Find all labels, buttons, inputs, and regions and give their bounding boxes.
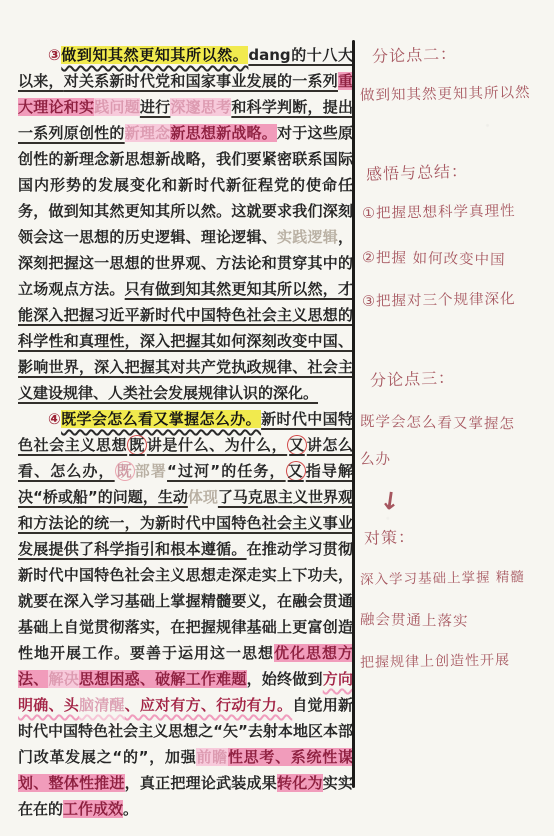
text-segment-pf: 新理念: [125, 124, 171, 142]
down-arrow-annotation: ↓: [378, 486, 403, 517]
text-segment-y: 做到知其然更知其所以然。: [61, 46, 248, 64]
text-segment-u: 只有做到知其然更知其所以然，才能深入把握习近平新时代中国特色社会主义思想的科学性…: [18, 280, 353, 402]
margin-note: 么办: [360, 448, 391, 469]
text-segment-rf: 脑清醒: [79, 696, 125, 714]
text-segment-f: 实践逻辑: [277, 228, 338, 246]
scanned-notes-page: { "page": { "kind": "study-notes-scan", …: [0, 0, 554, 836]
text-segment-p: 新思想新战略。: [170, 124, 277, 142]
margin-note: 对策：: [364, 524, 416, 549]
text-segment-p: 转化为: [277, 774, 323, 792]
margin-notes-column: 分论点二：做到知其然更知其所以然感悟与总结：①把握思想科学真理性②把握 如何改变…: [358, 0, 554, 836]
text-segment-c: 既: [127, 435, 147, 455]
text-segment-n: ，始终做到: [247, 670, 323, 688]
text-segment-cf: 既: [115, 461, 135, 481]
text-segment-u: 讲是什么、为什么，: [147, 436, 287, 454]
margin-divider-line: [352, 40, 355, 788]
text-segment-num: ③: [48, 46, 61, 64]
text-segment-p: 思想困惑、破解工作难题: [79, 670, 247, 688]
margin-note: 把握规律上创造性开展: [360, 649, 510, 672]
text-segment-u: “过河”的任务，: [167, 462, 286, 480]
text-segment-u: 进行: [140, 98, 170, 116]
text-segment-u: 对关系新时代党和国家事业发展的一系列: [64, 72, 338, 90]
text-segment-u: 一系列原创性的: [18, 124, 125, 142]
text-segment-p: 工作成效: [63, 800, 123, 818]
text-segment-pf: 深邃思考: [170, 98, 231, 116]
text-segment-n: ，真正把理论武装成果: [125, 774, 277, 792]
text-segment-pf: 解决: [48, 670, 78, 688]
text-segment-c: 又: [286, 461, 306, 481]
text-segment-num: ④: [48, 410, 61, 428]
text-segment-f: 部署: [135, 462, 167, 480]
text-segment-pf: 前瞻: [196, 748, 227, 766]
margin-note: 融会贯通上落实: [360, 608, 469, 631]
text-segment-n: 。: [123, 800, 138, 818]
margin-note: 分论点三：: [370, 365, 456, 391]
text-segment-r: 、应对有方、行动有力。: [125, 696, 293, 714]
margin-note: 分论点二：: [372, 41, 458, 67]
text-segment-c: 又: [287, 435, 307, 455]
margin-note: 做到知其然更知其所以然: [360, 81, 531, 105]
text-segment-f: 体现: [188, 488, 218, 506]
margin-note: 既学会怎么看又掌握怎: [360, 410, 515, 434]
text-segment-u: 和科学判断，提出: [231, 98, 353, 116]
printed-text-column: ③做到知其然更知其所以然。dang的十八大以来，对关系新时代党和国家事业发展的一…: [18, 42, 353, 822]
margin-note: ①把握思想科学真理性: [362, 199, 516, 223]
paragraph-4: ④既学会怎么看又掌握怎么办。新时代中国特色社会主义思想既讲是什么、为什么，又讲怎…: [18, 406, 353, 822]
margin-note: ②把握 如何改变中国: [362, 246, 506, 270]
paragraph-3: ③做到知其然更知其所以然。dang的十八大以来，对关系新时代党和国家事业发展的一…: [18, 42, 353, 406]
text-segment-pf: 践问题: [94, 98, 140, 116]
margin-note: ③把握对三个规律深化: [362, 287, 516, 311]
text-segment-y: 既学会怎么看又掌握怎么办。: [61, 410, 261, 428]
margin-note: 深入学习基础上掌握 精髓: [360, 565, 525, 588]
margin-note: 感悟与总结：: [366, 158, 469, 185]
